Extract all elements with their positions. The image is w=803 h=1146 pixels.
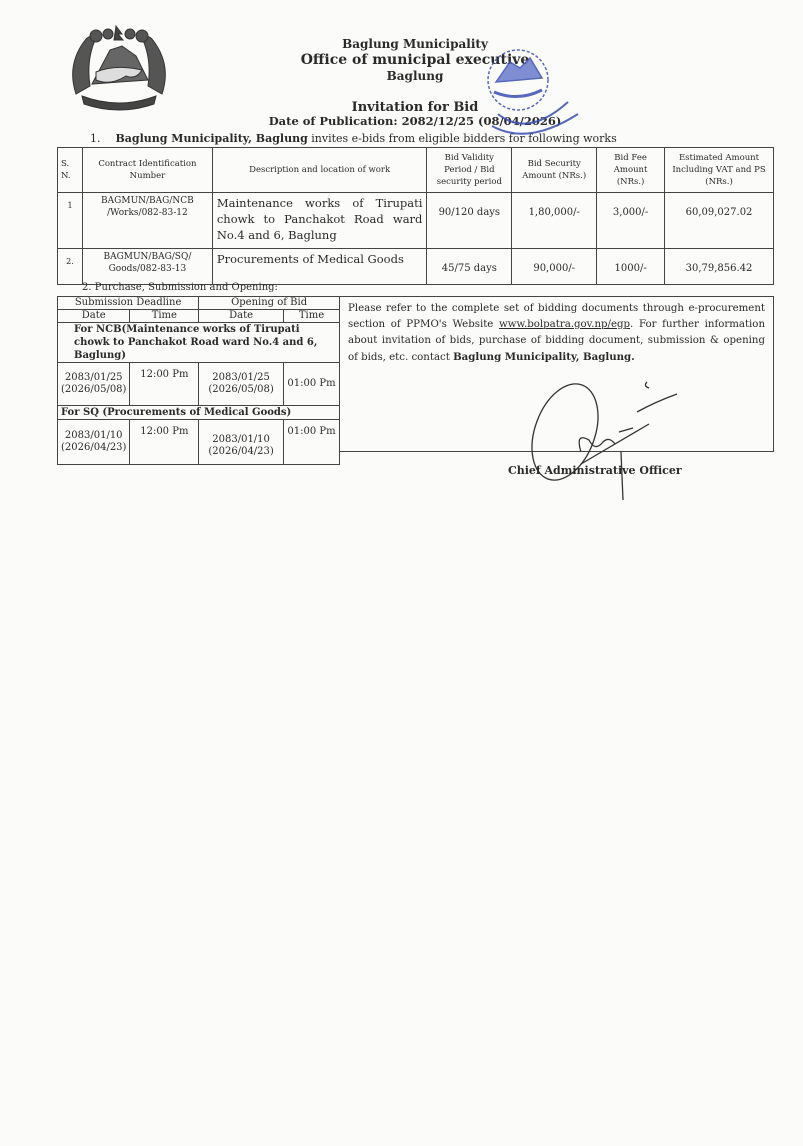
submission-deadline-header: Submission Deadline — [58, 297, 199, 310]
header-description: Description and location of work — [212, 148, 427, 193]
row-fee: 3,000/- — [597, 193, 665, 249]
schedule-group-label-row: For NCB(Maintenance works of Tirupati ch… — [58, 323, 340, 363]
row-description: Maintenance works of Tirupati chowk to P… — [212, 193, 427, 249]
header-sn: S. N. — [58, 148, 83, 193]
open-date-header: Date — [199, 310, 284, 323]
schedule-group-label-row: For SQ (Procurements of Medical Goods) — [58, 406, 340, 420]
header-validity: Bid Validity Period / Bid security perio… — [427, 148, 512, 193]
row-sn: 2. — [58, 249, 83, 285]
submission-time: 12:00 Pm — [130, 363, 199, 406]
table-row: 1 BAGMUN/BAG/NCB /Works/082-83-12 Mainte… — [58, 193, 774, 249]
row-description: Procurements of Medical Goods — [212, 249, 427, 285]
table-header-row: S. N. Contract Identification Number Des… — [58, 148, 774, 193]
schedule-group-header-row: Submission Deadline Opening of Bid — [58, 297, 340, 310]
open-time-header: Time — [283, 310, 339, 323]
row-security: 90,000/- — [512, 249, 597, 285]
submission-time: 12:00 Pm — [130, 420, 199, 465]
signer-title: Chief Administrative Officer — [508, 464, 682, 477]
row-estimate: 30,79,856.42 — [665, 249, 774, 285]
schedule-table: Submission Deadline Opening of Bid Date … — [57, 296, 340, 465]
intro-org: Baglung Municipality, Baglung — [116, 132, 308, 145]
intro-text: invites e-bids from eligible bidders for… — [308, 132, 617, 145]
signature-icon — [525, 372, 695, 500]
submission-date: 2083/01/25(2026/05/08) — [58, 363, 130, 406]
nepal-emblem-icon — [66, 24, 172, 114]
intro-line: 1. Baglung Municipality, Baglung invites… — [90, 132, 617, 145]
sub-time-header: Time — [130, 310, 199, 323]
row-security: 1,80,000/- — [512, 193, 597, 249]
schedule-row: 2083/01/10(2026/04/23) 12:00 Pm 2083/01/… — [58, 420, 340, 465]
row-contract-id: BAGMUN/BAG/NCB /Works/082-83-12 — [82, 193, 212, 249]
header-security: Bid Security Amount (NRs.) — [512, 148, 597, 193]
table-row: 2. BAGMUN/BAG/SQ/ Goods/082-83-13 Procur… — [58, 249, 774, 285]
row-validity: 90/120 days — [427, 193, 512, 249]
sub-date-header: Date — [58, 310, 130, 323]
row-contract-id: BAGMUN/BAG/SQ/ Goods/082-83-13 — [82, 249, 212, 285]
schedule-section-title: 2. Purchase, Submission and Opening: — [82, 282, 278, 293]
header-contract-id: Contract Identification Number — [82, 148, 212, 193]
opening-of-bid-header: Opening of Bid — [199, 297, 340, 310]
municipality-stamp-icon — [468, 42, 586, 138]
opening-time: 01:00 Pm — [283, 420, 339, 465]
ncb-group-label: For NCB(Maintenance works of Tirupati ch… — [58, 323, 340, 363]
opening-date: 2083/01/25(2026/05/08) — [199, 363, 284, 406]
sq-group-label: For SQ (Procurements of Medical Goods) — [58, 406, 340, 420]
note-contact: Baglung Municipality, Baglung. — [453, 351, 635, 363]
header-estimate: Estimated Amount Including VAT and PS (N… — [665, 148, 774, 193]
row-validity: 45/75 days — [427, 249, 512, 285]
submission-date: 2083/01/10(2026/04/23) — [58, 420, 130, 465]
schedule-sub-header-row: Date Time Date Time — [58, 310, 340, 323]
intro-number: 1. — [90, 132, 112, 145]
header-fee: Bid Fee Amount (NRs.) — [597, 148, 665, 193]
bids-table: S. N. Contract Identification Number Des… — [57, 147, 774, 285]
bolpatra-link[interactable]: www.bolpatra.gov.np/egp — [499, 319, 630, 330]
row-fee: 1000/- — [597, 249, 665, 285]
row-estimate: 60,09,027.02 — [665, 193, 774, 249]
opening-time: 01:00 Pm — [283, 363, 339, 406]
opening-date: 2083/01/10(2026/04/23) — [199, 420, 284, 465]
row-sn: 1 — [58, 193, 83, 249]
schedule-row: 2083/01/25(2026/05/08) 12:00 Pm 2083/01/… — [58, 363, 340, 406]
